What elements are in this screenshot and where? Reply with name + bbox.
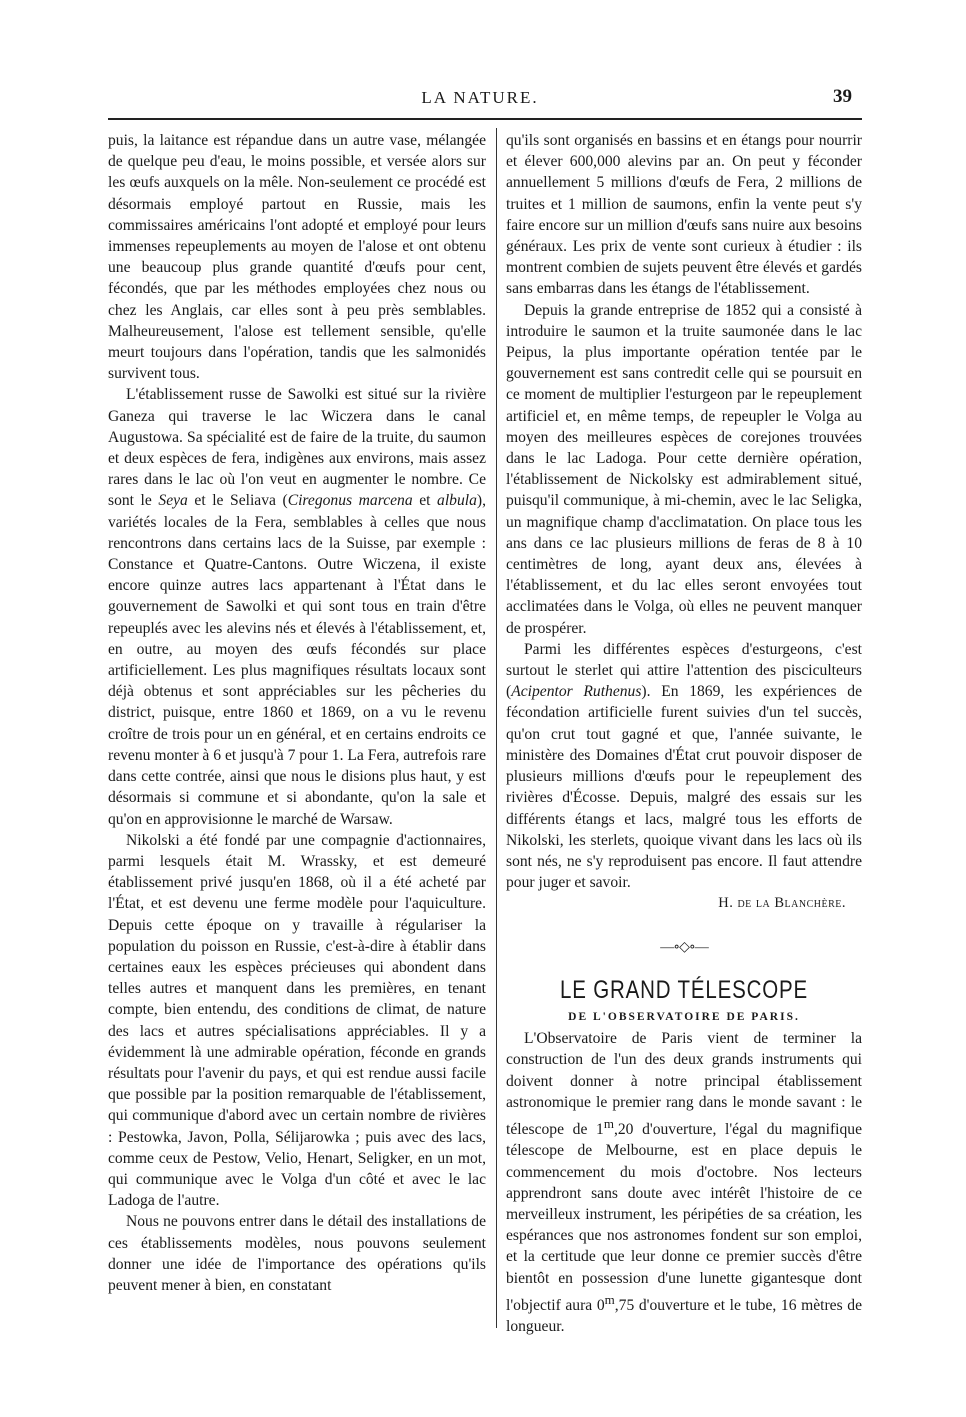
paragraph-text: ,20 d'ouverture, l'égal du magnifique té… (506, 1121, 862, 1314)
species-name: albula (437, 492, 477, 509)
paragraph: Parmi les différentes espèces d'esturgeo… (506, 639, 862, 893)
paragraph: Nous ne pouvons entrer dans le détail de… (108, 1211, 486, 1296)
header-rule (108, 118, 862, 120)
article-subtitle: DE L'OBSERVATOIRE DE PARIS. (506, 1007, 862, 1028)
paragraph-text: ), variétés locales de la Fera, semblabl… (108, 492, 486, 827)
paragraph-text: ). En 1869, les expériences de fécondati… (506, 683, 862, 891)
paragraph: puis, la laitance est répandue dans un a… (108, 130, 486, 384)
unit-superscript: m (604, 1116, 614, 1131)
paragraph-text: et (413, 492, 437, 509)
article-title: LE GRAND TÉLESCOPE (538, 980, 830, 1001)
species-name: Seya (158, 492, 187, 509)
running-title: LA NATURE. (108, 88, 852, 108)
author-name: de la Blanchère. (737, 895, 846, 911)
species-name: Acipentor Ruthenus (511, 683, 641, 700)
paragraph: L'établissement russe de Sawolki est sit… (108, 384, 486, 829)
page-number: 39 (833, 86, 852, 108)
running-head: LA NATURE. 39 (108, 86, 852, 110)
left-column: puis, la laitance est répandue dans un a… (108, 130, 486, 1296)
paragraph-text: L'établissement russe de Sawolki est sit… (108, 386, 486, 509)
species-name: Ciregonus marcena (288, 492, 413, 509)
author-signature: H. de la Blanchère. (506, 893, 846, 914)
section-ornament-icon: —∘◇∘— (506, 937, 862, 958)
author-initial: H. (718, 895, 737, 911)
paragraph: qu'ils sont organisés en bassins et en é… (506, 130, 862, 300)
unit-superscript: m (605, 1292, 615, 1307)
article-paragraph: L'Observatoire de Paris vient de termine… (506, 1028, 862, 1337)
paragraph-text: et le Seliava ( (188, 492, 288, 509)
paragraph: Depuis la grande entreprise de 1852 qui … (506, 300, 862, 639)
right-column: qu'ils sont organisés en bassins et en é… (506, 130, 862, 1337)
paragraph: Nikolski a été fondé par une compagnie d… (108, 830, 486, 1212)
column-divider (496, 128, 497, 1328)
